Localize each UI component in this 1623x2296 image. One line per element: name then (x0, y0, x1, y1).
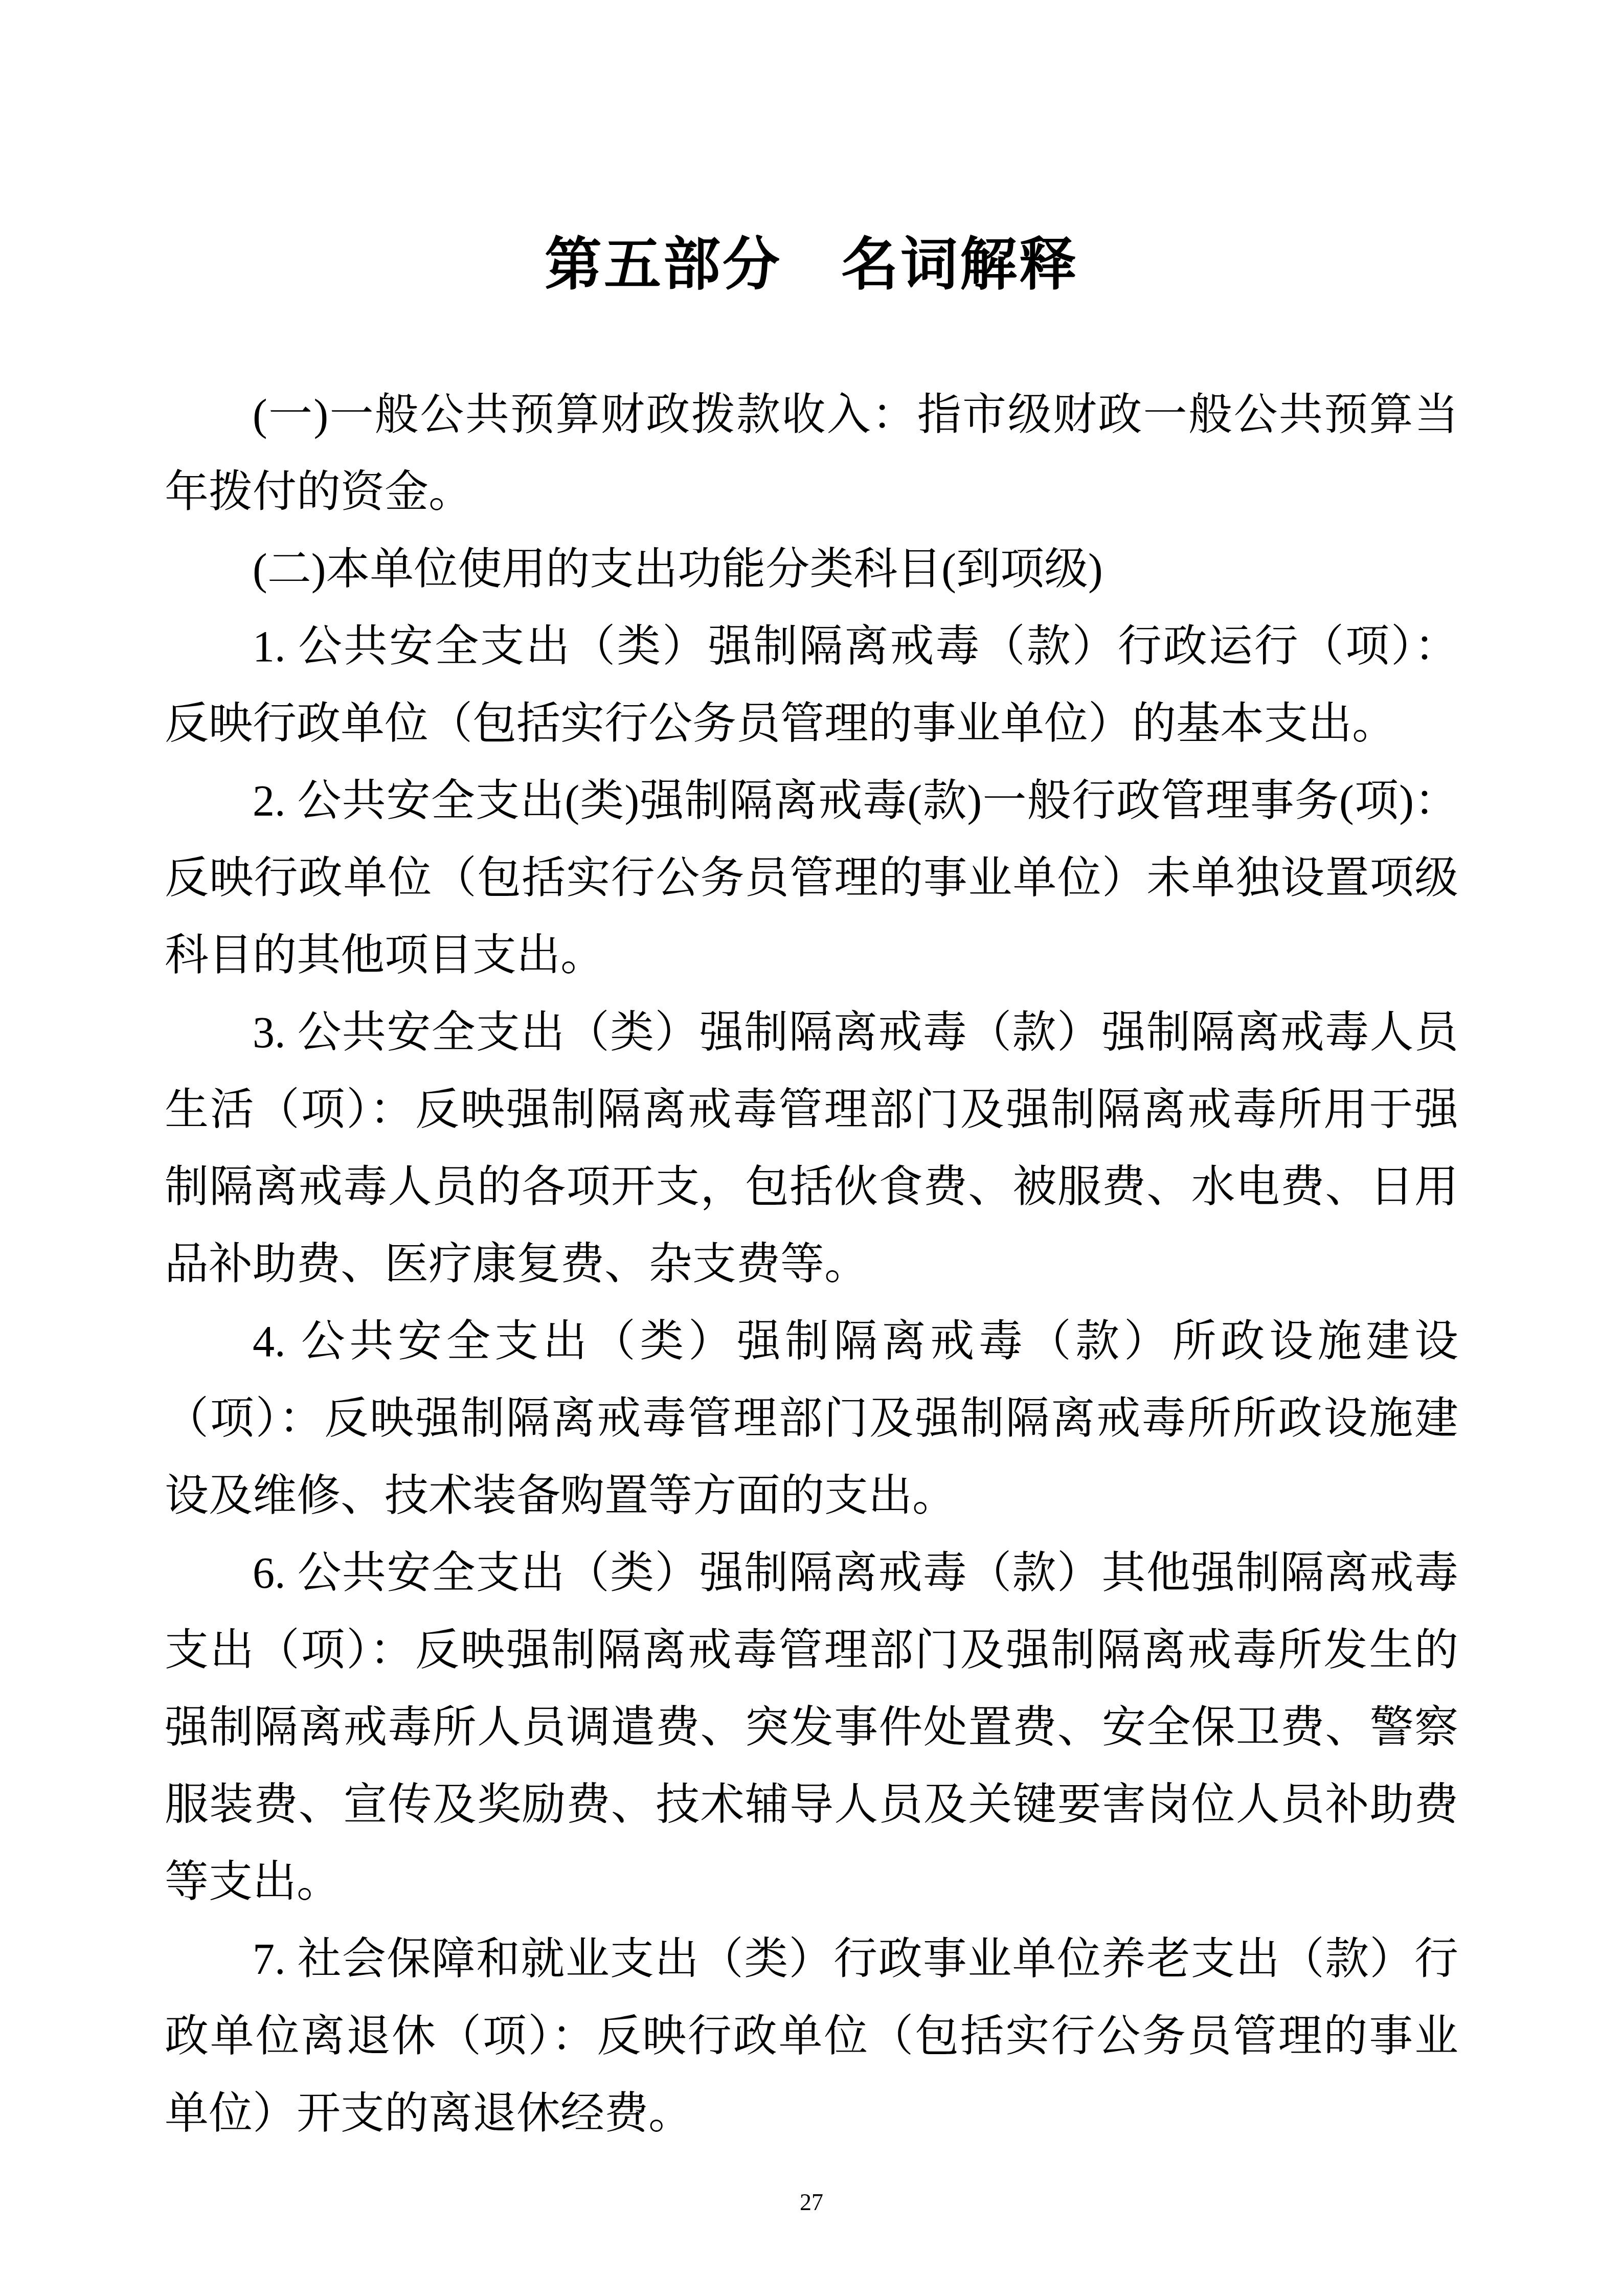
paragraph-item-1-xingzheng-yunxing: 1. 公共安全支出（类）强制隔离戒毒（款）行政运行（项）：反映行政单位（包括实行… (165, 608, 1458, 762)
paragraph-item-7-yanglao-zhichu: 7. 社会保障和就业支出（类）行政事业单位养老支出（款）行政单位离退休（项）：反… (165, 1921, 1458, 2152)
document-page: 第五部分 名词解释 (一)一般公共预算财政拨款收入：指市级财政一般公共预算当年拨… (0, 0, 1623, 2296)
page-number: 27 (0, 2190, 1623, 2215)
paragraph-item-6-qita-zhichu: 6. 公共安全支出（类）强制隔离戒毒（款）其他强制隔离戒毒支出（项）：反映强制隔… (165, 1535, 1458, 1921)
paragraph-item-3-renyuan-shenghuo: 3. 公共安全支出（类）强制隔离戒毒（款）强制隔离戒毒人员生活（项）：反映强制隔… (165, 994, 1458, 1303)
paragraph-zhichu-gongneng-kemu: (二)本单位使用的支出功能分类科目(到项级) (165, 531, 1458, 608)
paragraph-item-4-suozheng-sheshi-jianshe: 4. 公共安全支出（类）强制隔离戒毒（款）所政设施建设（项）：反映强制隔离戒毒管… (165, 1303, 1458, 1535)
page-title: 第五部分 名词解释 (0, 231, 1623, 299)
document-body: (一)一般公共预算财政拨款收入：指市级财政一般公共预算当年拨付的资金。 (二)本… (165, 376, 1458, 2152)
paragraph-yiban-gonggong-yusuan: (一)一般公共预算财政拨款收入：指市级财政一般公共预算当年拨付的资金。 (165, 376, 1458, 531)
paragraph-item-2-yiban-xingzheng-guanli: 2. 公共安全支出(类)强制隔离戒毒(款)一般行政管理事务(项)：反映行政单位（… (165, 762, 1458, 994)
